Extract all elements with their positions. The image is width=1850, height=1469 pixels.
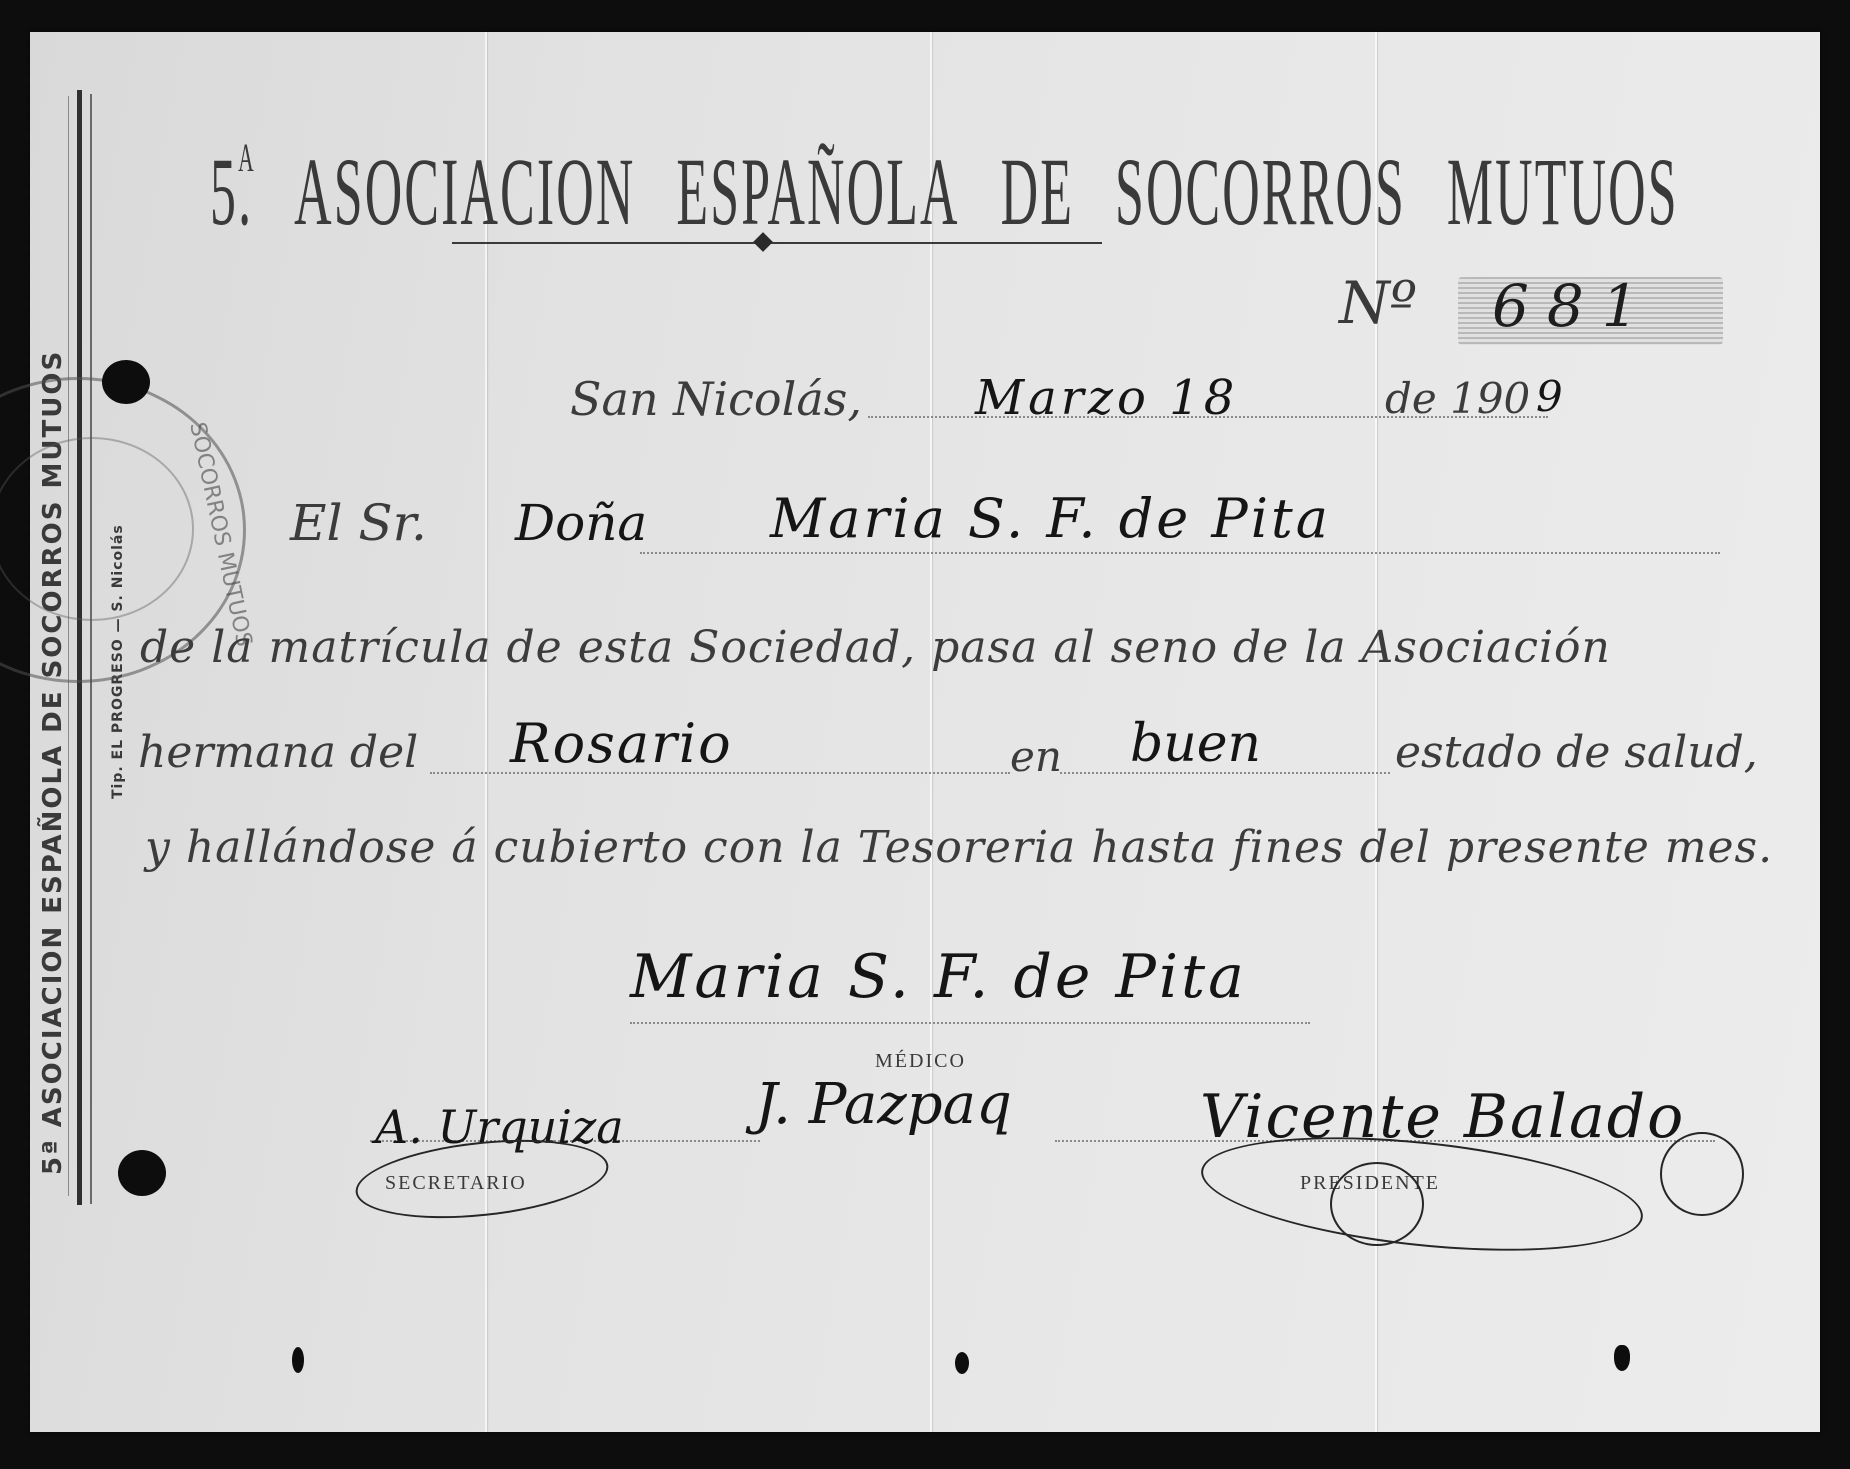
punch-hole	[118, 1150, 166, 1196]
title-word: SOCORROS	[1115, 144, 1406, 240]
body-line-2-mid: en	[1010, 732, 1062, 781]
number-value: 681	[1492, 272, 1657, 340]
date-place: San Nicolás,	[570, 372, 862, 426]
perforated-edge	[24, 32, 36, 1432]
document-title: 5A. ASOCIACION ESPAÑOLA DE SOCORROS MUTU…	[210, 110, 1679, 240]
title-ordinal: 5A.	[210, 144, 253, 240]
member-signature: Maria S. F. de Pita	[630, 942, 1247, 1012]
punch-hole	[102, 360, 150, 404]
date-month-day: Marzo 18	[975, 370, 1238, 426]
destination-value: Rosario	[510, 712, 733, 775]
pin-hole	[292, 1347, 304, 1373]
title-word: DE	[1001, 144, 1074, 240]
presidente-flourish-loop	[1330, 1162, 1424, 1246]
date-year-handwritten: 9	[1536, 372, 1563, 421]
body-line-1: de la matrícula de esta Sociedad, pasa a…	[140, 622, 1611, 673]
body-line-3: y hallándose á cubierto con la Tesoreria…	[145, 822, 1773, 873]
presidente-flourish-loop	[1660, 1132, 1744, 1216]
body-line-2-prefix: hermana del	[138, 727, 418, 778]
member-name: Maria S. F. de Pita	[770, 487, 1331, 550]
title-word: ASOCIACION	[294, 144, 635, 240]
number-label: Nº	[1339, 269, 1417, 337]
title-word: MUTUOS	[1447, 144, 1679, 240]
member-prefix: El Sr.	[290, 494, 427, 552]
member-signature-line	[630, 1022, 1310, 1024]
member-title: Doña	[515, 494, 647, 552]
condition-value: buen	[1130, 714, 1261, 774]
pin-hole	[1614, 1345, 1630, 1371]
document-paper: 5ª ASOCIACION ESPAÑOLA DE SOCORROS MUTUO…	[30, 32, 1820, 1432]
title-rule	[452, 242, 1102, 244]
member-dotted-line	[640, 552, 1720, 554]
title-word: ESPAÑOLA	[676, 144, 959, 240]
medico-signature: J. Pazpaq	[755, 1072, 1012, 1137]
pin-hole	[955, 1352, 969, 1374]
medico-label: MÉDICO	[875, 1050, 966, 1073]
body-line-2-suffix: estado de salud,	[1395, 727, 1758, 778]
date-year-printed: de 190	[1385, 374, 1530, 423]
